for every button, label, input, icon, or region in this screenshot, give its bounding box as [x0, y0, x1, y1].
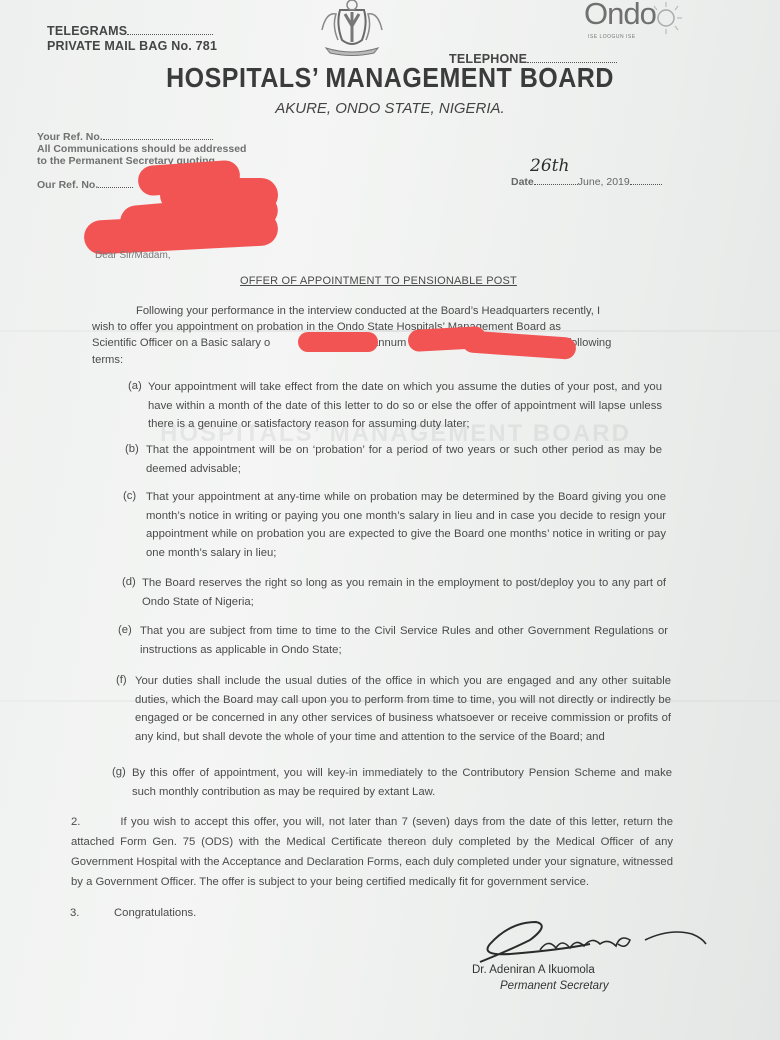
your-ref-label: Your Ref. No. [37, 131, 103, 143]
term-label: (a) [128, 380, 142, 392]
our-ref-label: Our Ref. No. [37, 179, 98, 191]
coat-of-arms-icon [312, 0, 392, 56]
term-label: (d) [122, 576, 136, 588]
term-d: The Board reserves the right so long as … [142, 574, 666, 611]
dotted-line [527, 52, 617, 63]
communications-note-1: All Communications should be addressed [37, 143, 246, 155]
mail-bag: PRIVATE MAIL BAG No. 781 [47, 39, 217, 53]
salutation: Dear Sir/Madam, [95, 250, 171, 261]
signatory-name: Dr. Adeniran A Ikuomola [472, 964, 595, 976]
paragraph-number: 2. [71, 816, 80, 828]
term-a: Your appointment will take effect from t… [148, 378, 662, 434]
date-label: Date [511, 176, 534, 188]
signatory-title: Permanent Secretary [500, 980, 609, 992]
term-b: That the appointment will be on ‘probati… [146, 441, 662, 478]
telegrams-label: TELEGRAMS [47, 24, 127, 38]
letter-page: HOSPITALS’ MANAGEMENT BOARD TELEGRAMS PR… [0, 0, 780, 1040]
paragraph-3-number: 3. [70, 904, 79, 923]
dotted-line [630, 176, 662, 185]
letter-heading: OFFER OF APPOINTMENT TO PENSIONABLE POST [240, 275, 517, 287]
term-c: That your appointment at any-time while … [146, 488, 666, 562]
redaction-mark [83, 211, 279, 255]
term-label: (c) [123, 490, 136, 502]
dotted-line [127, 24, 213, 35]
intro-line: wish to offer you appointment on probati… [92, 319, 662, 335]
redaction-mark [298, 332, 378, 352]
dotted-line [103, 131, 213, 140]
dotted-line [534, 176, 578, 185]
congratulations: Congratulations. [114, 904, 196, 923]
term-label: (g) [112, 766, 126, 778]
dotted-line [98, 179, 133, 188]
paragraph-text: If you wish to accept this offer, you wi… [71, 816, 673, 888]
our-ref: Our Ref. No. [37, 179, 133, 191]
paragraph-2: 2.If you wish to accept this offer, you … [71, 812, 673, 892]
intro-line: Following your performance in the interv… [92, 303, 662, 319]
logo-tagline: ISE LOOGUN ISE [588, 34, 636, 40]
ondo-state-logo: Ondo ISE LOOGUN ISE [584, 0, 694, 44]
organization-address: AKURE, ONDO STATE, NIGERIA. [0, 100, 780, 117]
term-label: (b) [125, 443, 139, 455]
telegrams-line: TELEGRAMS [47, 24, 213, 38]
intro-paragraph: Following your performance in the interv… [92, 303, 662, 368]
term-g: By this offer of appointment, you will k… [132, 764, 672, 801]
term-label: (f) [116, 674, 127, 686]
date-month-year: June, 2019 [578, 176, 630, 188]
term-e: That you are subject from time to time t… [140, 622, 668, 659]
signature-icon [470, 910, 720, 970]
date-day-handwritten: 26th [530, 156, 569, 176]
organization-name: HOSPITALS’ MANAGEMENT BOARD [0, 63, 780, 95]
your-ref: Your Ref. No. [37, 131, 213, 143]
date-line: DateJune, 2019 [511, 176, 662, 188]
sun-icon [648, 0, 690, 42]
term-label: (e) [118, 624, 132, 636]
intro-text: Scientific Officer on a Basic salary o [92, 337, 270, 349]
intro-line: terms: [92, 352, 662, 368]
logo-text: Ondo [584, 0, 656, 32]
term-f: Your duties shall include the usual duti… [135, 672, 671, 746]
